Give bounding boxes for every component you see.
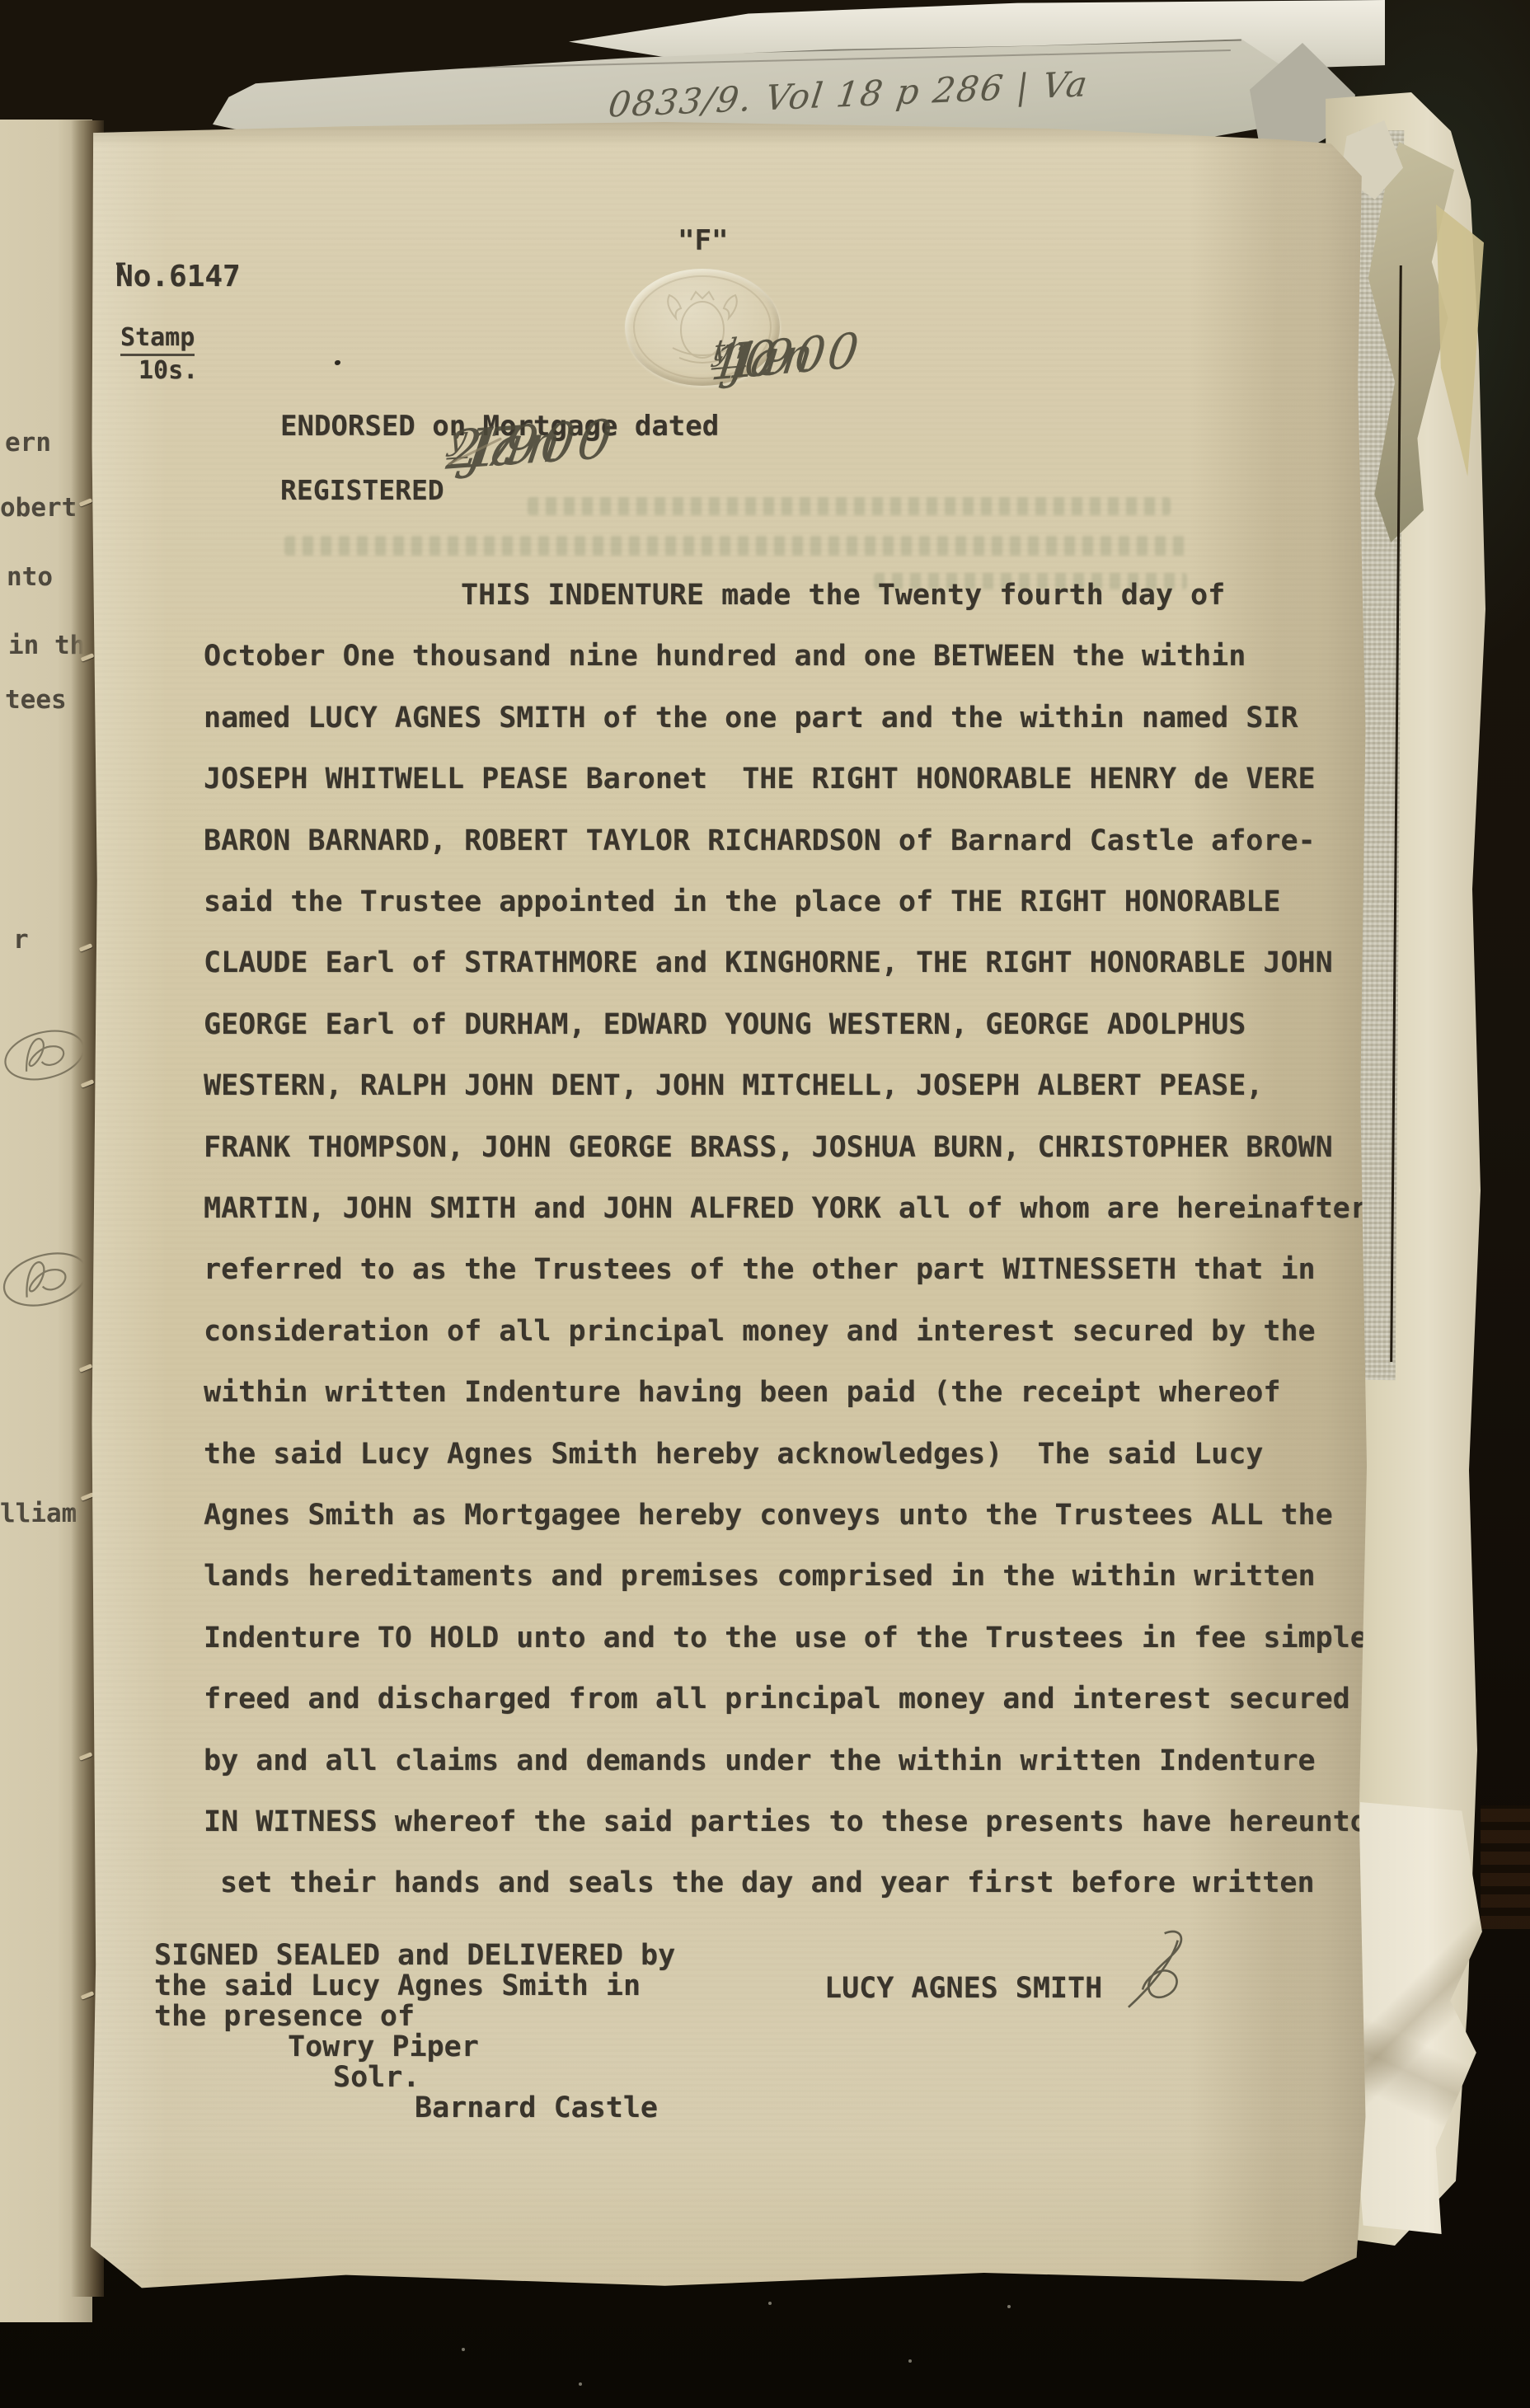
- document-line: Agnes Smith as Mortgagee hereby conveys …: [204, 1499, 1333, 1532]
- document-line: by and all claims and demands under the …: [204, 1744, 1316, 1777]
- show-through-smudge: [528, 497, 1171, 515]
- document-page: "F" No.6147T Stamp 10s. ENDORSED on Mort…: [91, 122, 1367, 2290]
- deed-body-text: THIS INDENTURE made the Twenty fourth da…: [204, 579, 1374, 1931]
- scanned-document-page: 0833/9. Vol 18 p 286 | Va ern obert nto …: [0, 0, 1530, 2408]
- document-line: WESTERN, RALPH JOHN DENT, JOHN MITCHELL,…: [204, 1069, 1263, 1102]
- ls-signature-flourish-icon: [1116, 1924, 1195, 2016]
- document-line: the said Lucy Agnes Smith hereby acknowl…: [204, 1438, 1263, 1471]
- document-line: BARON BARNARD, ROBERT TAYLOR RICHARDSON …: [204, 824, 1316, 857]
- registered-label: REGISTERED: [280, 474, 444, 506]
- document-number-text: No.6147: [115, 260, 241, 293]
- registered-year: 1900: [443, 409, 618, 482]
- margin-text-fragment: nto: [7, 562, 53, 592]
- document-line: FRANK THOMPSON, JOHN GEORGE BRASS, JOSHU…: [204, 1131, 1333, 1164]
- witness-place: Barnard Castle: [415, 2091, 658, 2124]
- show-through-smudge: [284, 536, 1191, 556]
- document-line: Indenture TO HOLD unto and to the use of…: [204, 1622, 1368, 1655]
- document-line: MARTIN, JOHN SMITH and JOHN ALFRED YORK …: [204, 1192, 1368, 1225]
- margin-text-fragment: ern: [5, 428, 51, 458]
- document-number-superscript: T: [115, 260, 126, 280]
- attestation-line-3: the presence of: [154, 2000, 415, 2033]
- signatory-name: LUCY AGNES SMITH: [824, 1972, 1102, 2005]
- document-line: freed and discharged from all principal …: [204, 1683, 1350, 1716]
- attestation-line-1: SIGNED SEALED and DELIVERED by: [154, 1939, 675, 1972]
- document-line: THIS INDENTURE made the Twenty fourth da…: [204, 579, 1225, 612]
- attestation-line-2: the said Lucy Agnes Smith in: [154, 1969, 641, 2002]
- dust-speck: [462, 2348, 465, 2351]
- dust-speck: [579, 2382, 582, 2386]
- stamp-value: 10s.: [138, 356, 198, 385]
- filing-annotation-handwriting: 0833/9. Vol 18 p 286 | Va: [606, 57, 1237, 124]
- witness-name: Towry Piper: [288, 2030, 479, 2063]
- document-line: consideration of all principal money and…: [204, 1315, 1316, 1348]
- margin-text-fragment: tees: [5, 685, 67, 715]
- margin-text-fragment: obert: [0, 493, 77, 523]
- document-line: JOSEPH WHITWELL PEASE Baronet THE RIGHT …: [204, 763, 1316, 796]
- document-line: lands hereditaments and premises compris…: [204, 1560, 1316, 1593]
- document-line: October One thousand nine hundred and on…: [204, 640, 1246, 673]
- document-line: said the Trustee appointed in the place …: [204, 885, 1280, 918]
- stamp-label: Stamp: [120, 323, 195, 356]
- dust-speck: [908, 2359, 912, 2363]
- folio-letter: "F": [678, 224, 728, 257]
- document-line: within written Indenture having been pai…: [204, 1376, 1280, 1409]
- document-line: set their hands and seals the day and ye…: [204, 1866, 1315, 1899]
- ink-speck: [335, 360, 340, 365]
- document-line: named LUCY AGNES SMITH of the one part a…: [204, 702, 1298, 735]
- dust-speck: [1007, 2305, 1011, 2308]
- document-line: GEORGE Earl of DURHAM, EDWARD YOUNG WEST…: [204, 1008, 1246, 1041]
- background-texture: [1481, 1805, 1530, 1929]
- witness-title: Solr.: [333, 2061, 420, 2094]
- margin-text-fragment: lliam: [0, 1499, 76, 1528]
- document-line: IN WITNESS whereof the said parties to t…: [204, 1805, 1368, 1838]
- document-line: CLAUDE Earl of STRATHMORE and KINGHORNE,…: [204, 946, 1333, 979]
- margin-text-fragment: r: [13, 925, 29, 955]
- document-line: referred to as the Trustees of the other…: [204, 1253, 1316, 1286]
- dust-speck: [768, 2302, 772, 2305]
